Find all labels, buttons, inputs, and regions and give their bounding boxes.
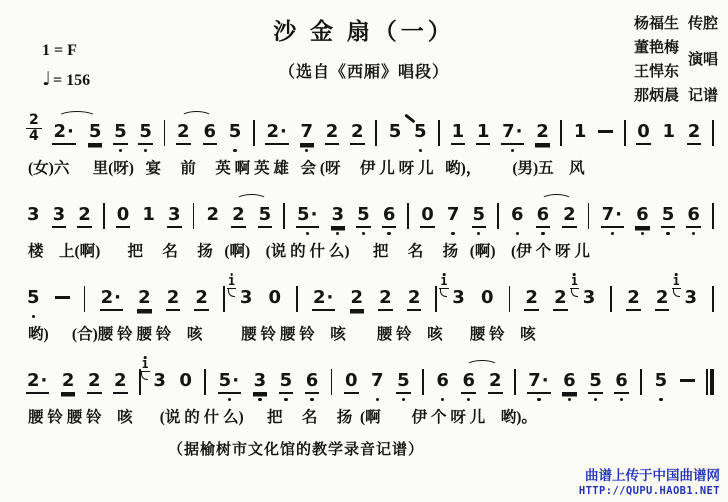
score-area: 242·5552652·72255117·21012 (女)六 里(呀) 宴 前… — [0, 106, 728, 428]
note-value: 2 — [407, 288, 422, 311]
grace-note: 1 — [570, 273, 579, 297]
low-octave-dot — [144, 149, 147, 152]
barline — [407, 203, 409, 229]
note-value: 7· — [501, 122, 524, 145]
barline — [422, 369, 424, 395]
note: 5· — [218, 371, 241, 401]
note: 5 — [26, 288, 41, 318]
note: 2 — [524, 288, 539, 311]
barline — [435, 286, 437, 312]
note: 5 — [279, 371, 294, 401]
note: 3 — [331, 205, 346, 235]
lyrics-line-2: 楼 上(啊) 把 名 扬 (啊) (说 的 什 么) 把 名 扬 (啊) (伊 … — [28, 242, 714, 262]
key-signature: 1 = F — [42, 42, 90, 60]
note: 31 — [239, 288, 254, 311]
dash-line — [598, 130, 613, 133]
low-octave-dot — [119, 149, 122, 152]
low-octave-dot — [541, 232, 544, 235]
lyrics-line-1: (女)六 里(呀) 宴 前 英 啊 英 雄 会 (呀 伊 儿 呀 儿 哟)， (… — [28, 159, 714, 179]
note-value: 0 — [116, 205, 131, 228]
note: 31 — [152, 371, 167, 394]
note-value: 2 — [535, 122, 550, 145]
credit-singer2-name: 王悍东 — [634, 60, 679, 81]
source-note: （据榆树市文化馆的教学录音记谱） — [0, 438, 728, 459]
low-octave-dot — [467, 398, 470, 401]
key-tempo-block: 1 = F ♩= 156 — [42, 42, 90, 90]
note: 6 — [635, 205, 650, 235]
augmentation-dot: · — [41, 370, 48, 391]
page-title: 沙 金 扇（一） — [0, 0, 728, 46]
note: 2 — [176, 122, 191, 145]
note-value: 7· — [601, 205, 624, 228]
low-octave-dot — [568, 398, 571, 401]
low-octave-dot — [306, 232, 309, 235]
note: 2 — [553, 288, 568, 311]
barline — [253, 120, 255, 146]
note-value: 3 — [451, 288, 466, 311]
note: 3 — [52, 205, 67, 228]
note: 6 — [562, 371, 577, 401]
low-octave-dot — [692, 232, 695, 235]
note: 5 — [356, 205, 371, 235]
low-octave-dot — [511, 149, 514, 152]
note: 6 — [382, 205, 397, 235]
low-octave-dot — [310, 398, 313, 401]
note: 0 — [344, 371, 359, 394]
barline — [84, 286, 86, 312]
note-value: 6 — [562, 371, 577, 394]
grace-note-hook — [571, 289, 578, 297]
music-line-2: 3320132255·3560756627·656 — [26, 189, 714, 239]
watermark-site-text: 曲谱上传于中国曲谱网 — [579, 464, 720, 484]
note-value: 3 — [167, 205, 182, 228]
note-value: 5 — [472, 205, 487, 228]
note-value: 5 — [413, 122, 428, 145]
low-octave-dot — [376, 398, 379, 401]
note: 5 — [88, 122, 103, 145]
note: 7· — [501, 122, 524, 152]
barline — [164, 120, 166, 146]
note-value: 5 — [138, 122, 153, 145]
grace-note: 1 — [672, 273, 681, 297]
note-value: 5 — [661, 205, 676, 228]
low-octave-dot — [258, 398, 261, 401]
low-octave-dot — [641, 232, 644, 235]
augmentation-dot: · — [280, 121, 287, 142]
note: 1 — [573, 122, 588, 145]
slur-group: 26 — [176, 122, 217, 145]
note: 2 — [350, 122, 365, 145]
low-octave-dot — [594, 398, 597, 401]
dash-line — [680, 379, 695, 382]
note: 6 — [461, 371, 476, 401]
note-value: 2 — [137, 288, 152, 311]
note-value: 5· — [296, 205, 319, 228]
note-value: 6 — [536, 205, 551, 228]
note-value: 1 — [573, 122, 588, 145]
note: 31 — [684, 288, 699, 311]
note-value: 2 — [687, 122, 702, 145]
page-subtitle: （选自《西厢》唱段） — [0, 59, 728, 82]
note-value: 2 — [553, 288, 568, 311]
slur-group: 62 — [536, 205, 577, 235]
time-signature-bottom: 4 — [26, 129, 42, 144]
grace-note-value: 1 — [439, 273, 448, 289]
note-value: 2 — [166, 288, 181, 311]
note: 5 — [396, 371, 411, 401]
note-value: 6 — [305, 371, 320, 394]
note: 5 — [661, 205, 676, 235]
barline — [610, 286, 612, 312]
time-signature: 24 — [26, 113, 42, 144]
note-value: 6 — [203, 122, 218, 145]
note-value: 0 — [420, 205, 435, 228]
credit-transmitter-name: 杨福生 — [634, 12, 679, 33]
note-value: 6 — [635, 205, 650, 228]
barline — [375, 120, 377, 146]
barline — [497, 203, 499, 229]
low-octave-dot — [611, 232, 614, 235]
note: 2 — [407, 288, 422, 311]
quarter-note-icon: ♩ — [42, 68, 51, 90]
credit-notator-role: 记谱 — [688, 84, 718, 105]
note-value: 6 — [382, 205, 397, 228]
note-value: 2 — [626, 288, 641, 311]
note: 2 — [562, 205, 577, 235]
low-octave-dot — [387, 232, 390, 235]
barline — [204, 369, 206, 395]
lyrics-line-4: 腰 铃 腰 铃 咳 (说 的 什 么) 把 名 扬 (啊 伊 个 呀 儿 哟)。 — [28, 408, 714, 428]
low-octave-dot — [419, 149, 422, 152]
note: 3 — [167, 205, 182, 228]
note-value: 5 — [88, 122, 103, 145]
note: 1 — [141, 205, 156, 228]
note-value: 6 — [686, 205, 701, 228]
note-value: 6 — [435, 371, 450, 394]
note: 5 — [388, 122, 403, 145]
note-value: 2· — [312, 288, 335, 311]
note: 6 — [536, 205, 551, 235]
note: 2 — [194, 288, 209, 311]
credit-singer1-name: 董艳梅 — [634, 36, 679, 57]
note-value: 3 — [684, 288, 699, 311]
tempo-value: = 156 — [53, 72, 90, 89]
barline — [331, 369, 333, 395]
note-value: 2 — [61, 371, 76, 394]
low-octave-dot — [233, 149, 236, 152]
grace-note-value: 1 — [672, 273, 681, 289]
note: 2 — [166, 288, 181, 311]
grace-note-hook — [228, 289, 235, 297]
duration-dash — [55, 288, 70, 299]
note: 5 — [472, 205, 487, 235]
low-octave-dot — [477, 232, 480, 235]
note: 2 — [77, 205, 92, 228]
grace-note: 1 — [227, 273, 236, 297]
barline — [712, 203, 714, 229]
note-value: 2 — [77, 205, 92, 228]
low-octave-dot — [659, 398, 662, 401]
note-value: 5 — [113, 122, 128, 145]
low-octave-dot — [516, 232, 519, 235]
low-octave-dot — [336, 232, 339, 235]
barline — [640, 369, 642, 395]
note: 1 — [451, 122, 466, 145]
note-value: 2 — [350, 288, 365, 311]
note-value: 2 — [87, 371, 102, 394]
note: 5 — [654, 371, 669, 401]
grace-note-hook — [673, 289, 680, 297]
sheet-music-page: 沙 金 扇（一） （选自《西厢》唱段） 1 = F ♩= 156 杨福生 传腔 … — [0, 0, 728, 502]
barline — [560, 120, 562, 146]
note: 2 — [137, 288, 152, 311]
note-value: 3 — [26, 205, 41, 228]
note-value: 3 — [152, 371, 167, 394]
note: 7· — [601, 205, 624, 235]
note-value: 2 — [524, 288, 539, 311]
note: 2 — [231, 205, 246, 228]
note: 6 — [614, 371, 629, 401]
note: 31 — [451, 288, 466, 311]
barline — [438, 120, 440, 146]
note: 6 — [435, 371, 450, 401]
note-value: 3 — [331, 205, 346, 228]
augmentation-dot: · — [615, 204, 622, 225]
note: 6 — [305, 371, 320, 401]
note-value: 3 — [582, 288, 597, 311]
credit-singers-role: 演唱 — [688, 48, 718, 69]
note: 5 — [258, 205, 273, 228]
note-value: 2 — [655, 288, 670, 311]
note-value: 1 — [141, 205, 156, 228]
barline — [296, 286, 298, 312]
low-octave-dot — [620, 398, 623, 401]
note-value: 5 — [258, 205, 273, 228]
note: 0 — [268, 288, 283, 311]
note-value: 5 — [228, 122, 243, 145]
note: 2· — [100, 288, 123, 311]
note-value: 0 — [636, 122, 651, 145]
note-value: 2 — [562, 205, 577, 228]
barline — [509, 286, 511, 312]
music-line-3: 52·2223102·22231022312231 — [26, 272, 714, 322]
note-value: 0 — [480, 288, 495, 311]
time-signature-top: 2 — [26, 113, 42, 129]
note-value: 2· — [100, 288, 123, 311]
music-line-4: 2·2223105·3560756627·6565 — [26, 355, 714, 405]
note-value: 1 — [451, 122, 466, 145]
note-value: 2· — [52, 122, 75, 145]
note: 0 — [116, 205, 131, 228]
grace-note-hook — [141, 372, 148, 380]
note-value: 6 — [614, 371, 629, 394]
note: 7 — [446, 205, 461, 235]
note: 2· — [52, 122, 75, 145]
augmentation-dot: · — [114, 287, 121, 308]
low-octave-dot — [305, 149, 308, 152]
note: 2 — [378, 288, 393, 311]
note-value: 2 — [488, 371, 503, 394]
note: 2 — [61, 371, 76, 394]
note: 2· — [265, 122, 288, 145]
augmentation-dot: · — [67, 121, 74, 142]
note: 0 — [636, 122, 651, 145]
note-value: 3 — [239, 288, 254, 311]
note-value: 2 — [113, 371, 128, 394]
note-value: 2 — [176, 122, 191, 145]
low-octave-dot — [284, 398, 287, 401]
watermark: 曲谱上传于中国曲谱网 HTTP://QUPU.HAOB1.NET — [579, 464, 720, 497]
note: 5· — [296, 205, 319, 235]
note-value: 5· — [218, 371, 241, 394]
note: 7 — [300, 122, 315, 152]
note: 6 — [686, 205, 701, 235]
note: 2 — [113, 371, 128, 394]
final-bar-thin-line — [706, 369, 708, 395]
augmentation-dot: · — [327, 287, 334, 308]
note-value: 5 — [356, 205, 371, 228]
note-value: 2 — [194, 288, 209, 311]
note-value: 2 — [378, 288, 393, 311]
watermark-url-text: HTTP://QUPU.HAOB1.NET — [579, 485, 720, 497]
slur-group: 62 — [461, 371, 502, 401]
note: 2 — [655, 288, 670, 311]
note: 7 — [370, 371, 385, 401]
augmentation-dot: · — [542, 370, 549, 391]
note: 2· — [312, 288, 335, 311]
low-octave-dot — [362, 232, 365, 235]
note-value: 2 — [350, 122, 365, 145]
note-value: 2· — [265, 122, 288, 145]
note-value: 3 — [52, 205, 67, 228]
final-barline — [706, 369, 714, 395]
note: 2· — [26, 371, 49, 394]
note: 2 — [687, 122, 702, 145]
note-value: 5 — [26, 288, 41, 311]
grace-note-value: 1 — [140, 356, 149, 372]
low-octave-dot — [228, 398, 231, 401]
low-octave-dot — [451, 232, 454, 235]
low-octave-dot — [666, 232, 669, 235]
note: 31 — [582, 288, 597, 311]
barline — [712, 120, 714, 146]
note-value: 7· — [527, 371, 550, 394]
barline — [624, 120, 626, 146]
barline — [514, 369, 516, 395]
credit-transmitter-role: 传腔 — [688, 12, 718, 33]
barline — [588, 203, 590, 229]
duration-dash — [598, 122, 613, 133]
note: 3 — [253, 371, 268, 401]
note: 5 — [138, 122, 153, 152]
note: 2 — [87, 371, 102, 394]
note-value: 5 — [388, 122, 403, 145]
note: 0 — [480, 288, 495, 311]
note-value: 6 — [461, 371, 476, 394]
note-value: 2 — [231, 205, 246, 228]
augmentation-dot: · — [311, 204, 318, 225]
note: 2 — [535, 122, 550, 145]
note-value: 0 — [268, 288, 283, 311]
note-value: 7 — [446, 205, 461, 228]
barline — [103, 203, 105, 229]
low-octave-dot — [441, 398, 444, 401]
note-value: 5 — [279, 371, 294, 394]
note-value: 2 — [205, 205, 220, 228]
note: 2 — [626, 288, 641, 311]
slur-group: 2·5 — [52, 122, 102, 145]
augmentation-dot: · — [516, 121, 523, 142]
note: 5 — [588, 371, 603, 401]
note: 2 — [325, 122, 340, 145]
note-value: 2 — [325, 122, 340, 145]
note-value: 2· — [26, 371, 49, 394]
note: 1 — [661, 122, 676, 145]
note: 2 — [350, 288, 365, 311]
lyrics-line-3: 哟) (合)腰 铃 腰 铃 咳 腰 铃 腰 铃 咳 腰 铃 咳 腰 铃 咳 — [28, 325, 714, 345]
note: 0 — [420, 205, 435, 228]
note: 5 — [113, 122, 128, 152]
barline — [712, 286, 714, 312]
note-value: 6 — [510, 205, 525, 228]
grace-note-value: 1 — [570, 273, 579, 289]
barline — [193, 203, 195, 229]
music-line-1: 242·5552652·72255117·21012 — [26, 106, 714, 156]
note: 6 — [510, 205, 525, 235]
grace-note-hook — [440, 289, 447, 297]
note: 2 — [205, 205, 220, 228]
credits-block: 杨福生 传腔 董艳梅 演唱 王悍东 那炳晨 记谱 — [634, 12, 718, 105]
dash-line — [55, 296, 70, 299]
note-value: 0 — [344, 371, 359, 394]
augmentation-dot: · — [232, 370, 239, 391]
note: 3 — [26, 205, 41, 228]
note-value: 1 — [476, 122, 491, 145]
note-value: 1 — [661, 122, 676, 145]
note: 7· — [527, 371, 550, 401]
note-value: 5 — [396, 371, 411, 394]
barline — [223, 286, 225, 312]
note: 1 — [476, 122, 491, 145]
note: 2 — [488, 371, 503, 401]
credit-notator-name: 那炳晨 — [634, 84, 679, 105]
low-octave-dot — [402, 398, 405, 401]
tempo-marking: ♩= 156 — [42, 68, 90, 90]
final-bar-thick-line — [710, 369, 714, 395]
note-value: 0 — [178, 371, 193, 394]
low-octave-dot — [32, 315, 35, 318]
grace-note: 1 — [140, 356, 149, 380]
note-value: 7 — [300, 122, 315, 145]
low-octave-dot — [537, 398, 540, 401]
note-value: 5 — [654, 371, 669, 394]
note: 6 — [203, 122, 218, 145]
note-value: 5 — [588, 371, 603, 394]
slur-group: 25 — [231, 205, 272, 228]
note-value: 3 — [253, 371, 268, 394]
barline — [283, 203, 285, 229]
note: 5 — [413, 122, 428, 152]
note-value: 7 — [370, 371, 385, 394]
note: 5 — [228, 122, 243, 152]
note: 0 — [178, 371, 193, 394]
duration-dash — [680, 371, 695, 382]
grace-note-value: 1 — [227, 273, 236, 289]
grace-note: 1 — [439, 273, 448, 297]
